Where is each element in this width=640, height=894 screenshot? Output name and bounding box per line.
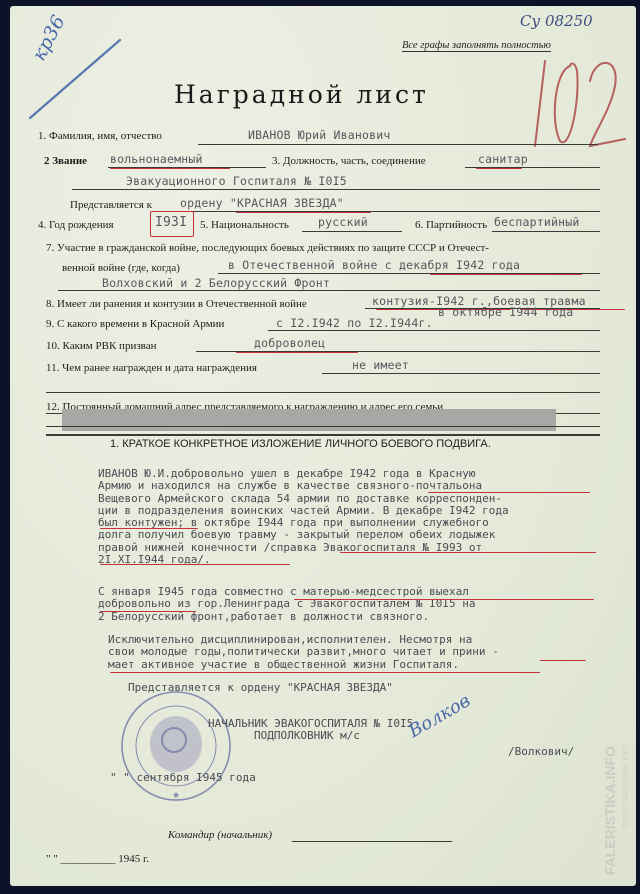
deed-paragraph-3: Исключительно дисциплинирован,исполнител…	[108, 634, 499, 671]
field-9-label: 9. С какого времени в Красной Армии	[46, 318, 224, 330]
fronts-value: Волховский и 2 Белорусский Фронт	[102, 276, 330, 290]
position-value: санитар	[478, 152, 528, 166]
commander-label: Командир (начальник)	[168, 829, 272, 841]
para1-line: Армию и находился на службе в качестве с…	[98, 480, 509, 492]
field-7-label: 7. Участие в гражданской войне, последую…	[46, 242, 489, 254]
full-name-value: ИВАНОВ Юрий Иванович	[248, 128, 390, 142]
redacted-address	[62, 409, 556, 431]
award-sheet-paper: кр36 Су 08250 Все графы заполнять полнос…	[10, 6, 636, 886]
signer-title-2: ПОДПОЛКОВНИК м/с	[254, 730, 360, 742]
conscription-value: доброволец	[254, 336, 325, 350]
hospital-stamp: ★	[118, 688, 238, 804]
deed-paragraph-2: С января I945 года совместно с матерью-м…	[98, 586, 476, 623]
signature: Волков	[405, 690, 474, 742]
unit-value: Эвакуационного Госпиталя № I0I5	[126, 174, 347, 188]
rank-value: вольнонаемный	[110, 152, 203, 166]
page-title: Наградной лист	[174, 80, 429, 109]
service-period-value: с I2.I942 по I2.I944г.	[276, 316, 433, 330]
para2-line: 2 Белорусский фронт,работает в должности…	[98, 611, 476, 623]
nominated-value: ордену "КРАСНАЯ ЗВЕЗДА"	[180, 196, 344, 210]
para3-line: свои молодые годы,политически развит,мно…	[108, 646, 499, 658]
field-11-label: 11. Чем ранее награжден и дата награжден…	[46, 362, 257, 374]
signer-name: /Волкович/	[508, 746, 574, 758]
war-participation-value: в Отечественной войне с декабря I942 год…	[228, 258, 520, 272]
para1-line: долга получил боевую травму - закрытый п…	[98, 529, 509, 541]
field-10-label: 10. Каким РВК призван	[46, 340, 157, 352]
field-1-label: 1. Фамилия, имя, отчество	[38, 130, 162, 142]
field-8-label: 8. Имеет ли ранения и контузии в Отечест…	[46, 298, 307, 310]
watermark-line-2: https://faleristika.info	[620, 746, 630, 828]
field-3-label: 3. Должность, часть, соединение	[272, 155, 426, 167]
watermark: FALERISTIKA.INFO https://faleristika.inf…	[602, 746, 636, 876]
watermark-line-1: FALERISTIKA.INFO	[602, 746, 618, 875]
para3-line: мает активное участие в общественной жиз…	[108, 659, 499, 671]
section-heading: 1. КРАТКОЕ КОНКРЕТНОЕ ИЗЛОЖЕНИЕ ЛИЧНОГО …	[110, 438, 491, 450]
field-2-label: 2 Звание	[44, 155, 87, 167]
nominated-label: Представляется к	[70, 199, 152, 211]
wounds-value-cont: в октябре I944 года	[438, 305, 573, 319]
field-4-label: 4. Год рождения	[38, 219, 114, 231]
nationality-value: русский	[318, 215, 368, 229]
red-number-102	[515, 41, 630, 156]
archive-code: Су 08250	[520, 12, 593, 30]
birth-year-value: I93I	[155, 215, 187, 230]
field-7-label-cont: венной войне (где, когда)	[62, 262, 180, 274]
field-6-label: 6. Партийность	[415, 219, 487, 231]
para2-line: добровольно из гор.Ленинграда с Эвакогос…	[98, 598, 476, 610]
signing-date: " " сентября I945 года	[110, 772, 256, 784]
footer-date: " " __________ 1945 г.	[46, 853, 149, 865]
previous-awards-value: не имеет	[352, 358, 409, 372]
field-5-label: 5. Национальность	[200, 219, 289, 231]
svg-text:★: ★	[172, 791, 180, 801]
party-value: беспартийный	[494, 215, 579, 229]
